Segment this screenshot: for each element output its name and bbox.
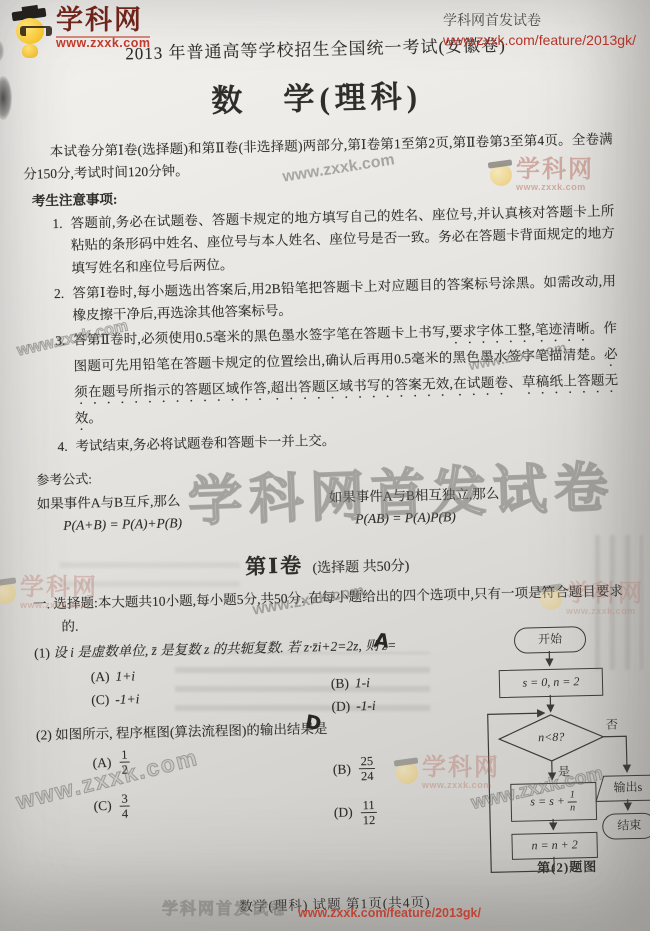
fraction-denominator: n	[568, 801, 577, 814]
question-number: (2)	[36, 728, 52, 743]
fraction: 2524	[359, 754, 376, 784]
scanned-exam-page: { "branding": { "logo_text": "学科网", "log…	[0, 0, 650, 931]
notice-number: 3.	[55, 330, 74, 353]
fraction: 12	[119, 748, 130, 778]
section-title: 第Ⅰ卷	[245, 553, 303, 578]
fraction-denominator: 24	[359, 768, 376, 784]
flowchart-caption: 第(2)题图	[497, 855, 637, 877]
flowchart-output-parallelogram: 输出s	[595, 774, 650, 801]
scan-content-layer: 2013 年普通高等学校招生全国统一考试(安徽卷) 数 学(理科) 本试卷分第Ⅰ…	[0, 0, 650, 931]
release-link[interactable]: www.zxxk.com/feature/2013gk/	[443, 32, 636, 48]
option-c: (C)34	[93, 787, 334, 822]
formula-left: 如果事件A与B互斥,那么 P(A+B) = P(A)+P(B)	[37, 486, 330, 538]
option-label: (B)	[331, 673, 350, 696]
fraction-numerator: 1	[121, 748, 128, 762]
subject-title: 数 学(理科)	[21, 66, 612, 131]
flowchart-increment-label: n = n + 2	[531, 839, 577, 853]
option-label: (B)	[333, 758, 352, 781]
flowchart-init-label: s = 0, n = 2	[522, 676, 579, 690]
fraction-denominator: 12	[361, 812, 378, 828]
option-value: 1-i	[355, 672, 371, 695]
formula-right-equation: P(AB) = P(A)P(B)	[355, 502, 621, 531]
notice-text-emphasized: 要求字体工整,笔迹清晰。	[449, 321, 604, 340]
fraction: 34	[119, 791, 130, 821]
option-value: -1+i	[115, 688, 140, 711]
release-header: 学科网首发试卷 www.zxxk.com/feature/2013gk/	[443, 10, 636, 48]
formula-right: 如果事件A与B相互独立,那么 P(AB) = P(A)P(B)	[328, 480, 621, 532]
flowchart-accumulate-label: s = s +	[530, 795, 565, 809]
option-c: (C)-1+i	[91, 684, 331, 712]
question-number: (1)	[34, 646, 50, 661]
site-logo[interactable]: 学科网 www.zxxk.com	[8, 6, 150, 60]
fraction: 1n	[568, 789, 578, 814]
option-value: -1-i	[356, 695, 376, 718]
flowchart-yes-label: 是	[558, 763, 570, 780]
option-label: (C)	[93, 795, 112, 818]
intro-paragraph: 本试卷分第Ⅰ卷(选择题)和第Ⅱ卷(非选择题)两部分,第Ⅰ卷第1至第2页,第Ⅱ卷第…	[23, 128, 614, 187]
flowchart-start-label: 开始	[538, 633, 562, 647]
question-text: 如图所示, 程序框图(算法流程图)的输出结果是	[55, 721, 328, 742]
flowchart-accumulate-box: s = s + 1n	[510, 782, 597, 822]
formula-left-equation: P(A+B) = P(A)+P(B)	[63, 509, 329, 538]
fraction-numerator: 11	[363, 798, 375, 813]
flowchart-init-box: s = 0, n = 2	[499, 668, 604, 698]
option-label: (D)	[331, 695, 350, 718]
flowchart-condition-label: n<8?	[538, 731, 564, 745]
notice-text: 考试结束,务必将试题卷和答题卡一并上交。	[75, 433, 335, 454]
notice-text: 答第Ⅱ卷时,必须使用0.5毫米的黑色墨水签字笔在答题卡上书写,	[73, 324, 449, 348]
mascot-icon	[8, 6, 54, 60]
release-label: 学科网首发试卷	[443, 10, 636, 30]
option-label: (D)	[334, 802, 353, 825]
flowchart-question-2: 开始 s = 0, n = 2 n<8? 是 否 s = s + 1n n = …	[476, 623, 650, 885]
flowchart-end-label: 结束	[617, 819, 641, 833]
fraction: 1112	[360, 798, 377, 828]
notice-item-3: 3.答第Ⅱ卷时,必须使用0.5毫米的黑色墨水签字笔在答题卡上书写,要求字体工整,…	[27, 317, 619, 434]
notice-number: 2.	[54, 282, 73, 305]
option-label: (C)	[91, 689, 110, 712]
flowchart-output-label: 输出s	[613, 781, 642, 795]
flowchart-no-label: 否	[606, 715, 618, 732]
option-label: (A)	[90, 666, 109, 689]
handwritten-answer-mark: D	[334, 718, 337, 737]
flowchart-start-node: 开始	[514, 626, 587, 654]
fraction-numerator: 25	[361, 754, 374, 769]
flowchart-end-node: 结束	[602, 813, 650, 840]
fraction-numerator: 3	[121, 791, 128, 805]
logo-title: 学科网	[56, 6, 150, 38]
question-text: 设 i 是虚数单位, z̄ 是复数 z 的共轭复数. 若 z·z̄i+2=2z,…	[53, 638, 396, 661]
notice-number: 4.	[57, 436, 76, 459]
handwritten-answer-mark: A	[403, 635, 407, 654]
notice-number: 1.	[52, 212, 71, 235]
reference-formulas: 参考公式: 如果事件A与B互斥,那么 P(A+B) = P(A)+P(B) 如果…	[36, 456, 621, 538]
fraction-denominator: 4	[120, 805, 131, 821]
option-value: 1+i	[115, 665, 135, 688]
fraction-denominator: 2	[119, 762, 130, 778]
option-label: (A)	[92, 752, 111, 775]
fraction-numerator: 1	[570, 789, 575, 801]
section-subtitle: (选择题 共50分)	[312, 559, 409, 576]
option-a: (A)12	[92, 743, 333, 778]
logo-url[interactable]: www.zxxk.com	[56, 36, 150, 50]
notice-text: 答题前,务必在试题卷、答题卡规定的地方填写自己的姓名、座位号,并认真核对答题卡上…	[70, 203, 615, 276]
notice-item-1: 1.答题前,务必在试题卷、答题卡规定的地方填写自己的姓名、座位号,并认真核对答题…	[24, 200, 615, 281]
notice-text: 答第Ⅰ卷时,每小题选出答案后,用2B铅笔把答题卡上对应题目的答案标号涂黑。如需改…	[72, 273, 616, 323]
footer-page-label: 数学(理科) 试题 第1页(共4页)	[10, 886, 650, 921]
